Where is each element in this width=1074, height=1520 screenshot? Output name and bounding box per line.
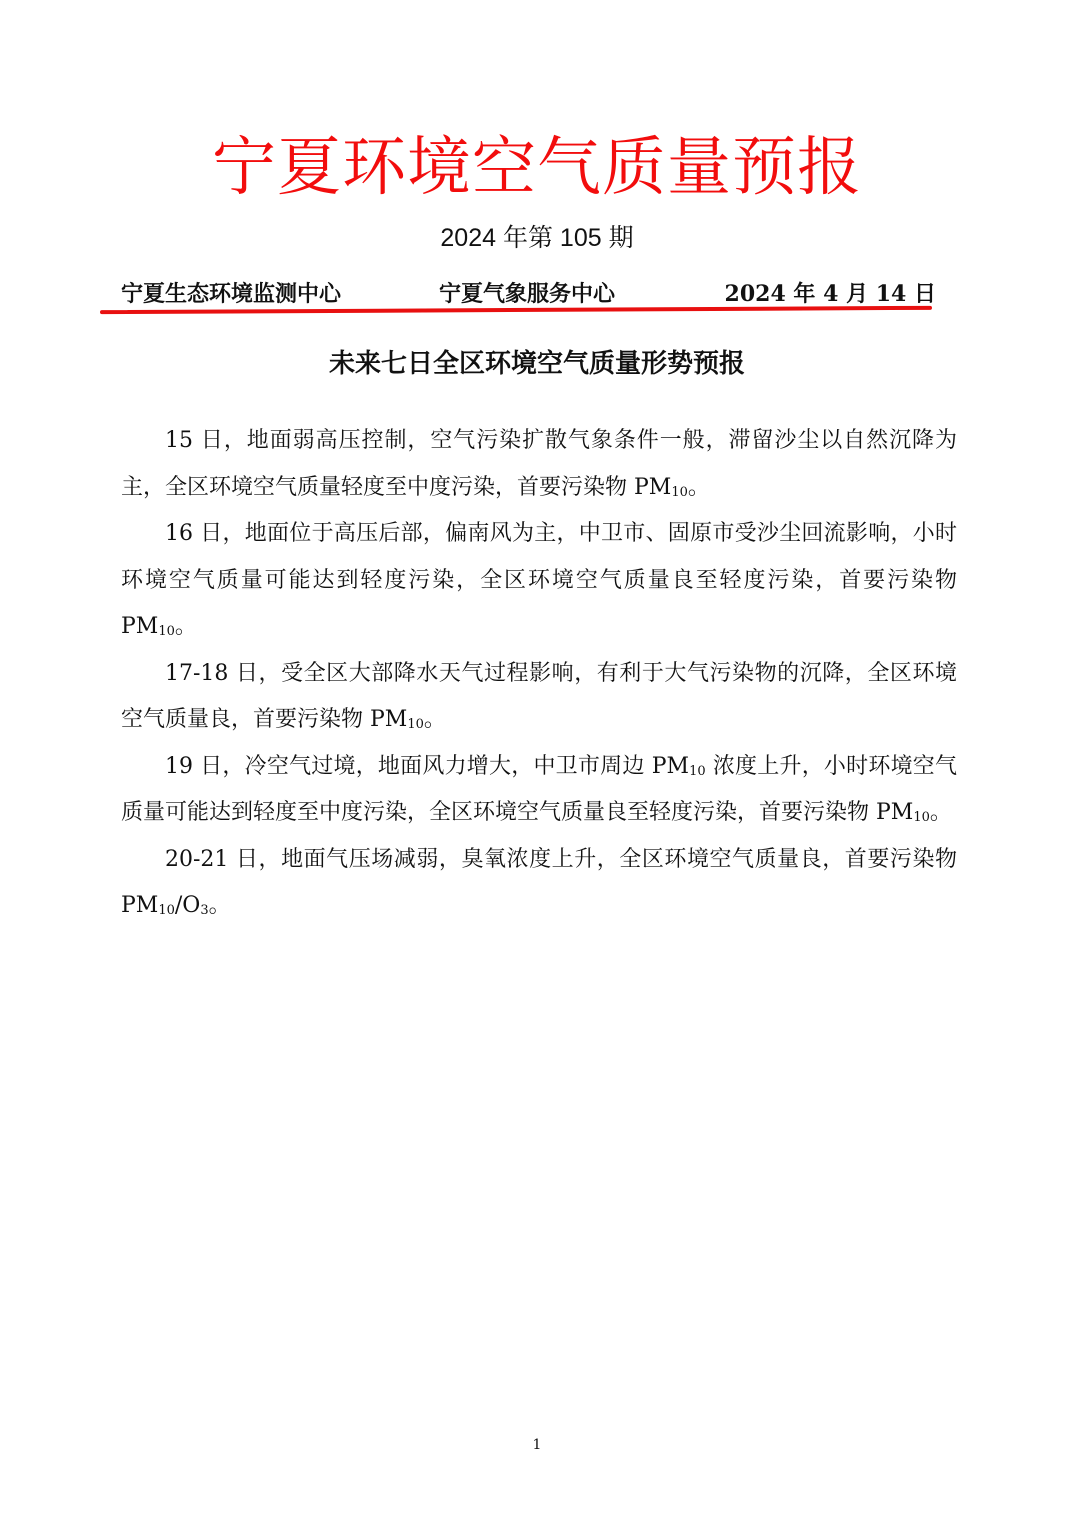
forecast-paragraph-15: 15 日，地面弱高压控制，空气污染扩散气象条件一般，滞留沙尘以自然沉降为主，全区… xyxy=(121,418,957,511)
paragraph-text: 。 xyxy=(688,475,710,500)
paragraph-text: 20-21 日，地面气压场减弱，臭氧浓度上升，全区环境空气质量良，首要污染物 P… xyxy=(121,847,957,919)
issuer-org-meteorology: 宁夏气象服务中心 xyxy=(439,276,615,312)
subscript: 10 xyxy=(671,485,688,500)
paragraph-text: 19 日，冷空气过境，地面风力增大，中卫市周边 PM xyxy=(165,754,689,779)
masthead-title: 宁夏环境空气质量预报 xyxy=(0,128,1074,208)
subscript: 10 xyxy=(158,903,175,918)
subscript: 10 xyxy=(689,764,706,779)
issuer-org-monitoring: 宁夏生态环境监测中心 xyxy=(121,276,341,312)
paragraph-text: 15 日，地面弱高压控制，空气污染扩散气象条件一般，滞留沙尘以自然沉降为主，全区… xyxy=(121,428,957,500)
issue-number: 2024 年第 105 期 xyxy=(0,218,1074,258)
paragraph-text: 17-18 日，受全区大部降水天气过程影响，有利于大气污染物的沉降，全区环境空气… xyxy=(121,661,957,733)
page-number: 1 xyxy=(0,1437,1074,1453)
paragraph-text: 16 日，地面位于高压后部，偏南风为主，中卫市、固原市受沙尘回流影响，小时环境空… xyxy=(121,521,957,639)
forecast-paragraph-17-18: 17-18 日，受全区大部降水天气过程影响，有利于大气污染物的沉降，全区环境空气… xyxy=(121,651,957,744)
forecast-paragraph-16: 16 日，地面位于高压后部，偏南风为主，中卫市、固原市受沙尘回流影响，小时环境空… xyxy=(121,511,957,651)
paragraph-text: 。 xyxy=(930,800,952,825)
paragraph-text: 。 xyxy=(209,893,231,918)
forecast-paragraph-19: 19 日，冷空气过境，地面风力增大，中卫市周边 PM10 浓度上升，小时环境空气… xyxy=(121,744,957,837)
forecast-body: 15 日，地面弱高压控制，空气污染扩散气象条件一般，滞留沙尘以自然沉降为主，全区… xyxy=(121,418,957,930)
forecast-paragraph-20-21: 20-21 日，地面气压场减弱，臭氧浓度上升，全区环境空气质量良，首要污染物 P… xyxy=(121,837,957,930)
subscript: 10 xyxy=(407,717,424,732)
subscript: 3 xyxy=(200,903,208,918)
paragraph-text: /O xyxy=(175,893,200,918)
subscript: 10 xyxy=(913,810,930,825)
subscript: 10 xyxy=(158,624,175,639)
paragraph-text: 。 xyxy=(175,614,197,639)
section-title: 未来七日全区环境空气质量形势预报 xyxy=(0,344,1074,384)
paragraph-text: 。 xyxy=(424,707,446,732)
